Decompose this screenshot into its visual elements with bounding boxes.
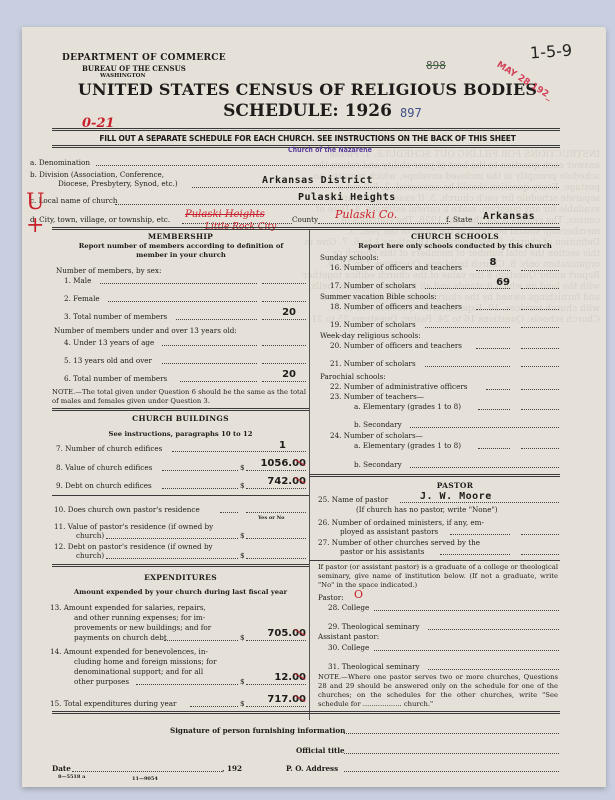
buildings-subheading: See instructions, paragraphs 10 to 12: [52, 430, 309, 439]
q25-value: J. W. Moore: [420, 491, 492, 502]
city-label: WASHINGTON: [100, 73, 145, 79]
q7-value: 1: [240, 440, 286, 451]
date-label: Date: [52, 764, 71, 773]
denomination-label: a. Denomination: [30, 158, 90, 167]
division-label-2: Diocese, Presbytery, Synod, etc.): [58, 179, 178, 188]
state-label: f. State: [446, 215, 472, 224]
pastor-red-mark: O: [354, 588, 363, 601]
q15-field[interactable]: [246, 706, 306, 707]
q21-field[interactable]: [425, 366, 510, 367]
q29-label: 29. Theological seminary: [328, 622, 420, 631]
q13-line-1: 13. Amount expended for salaries, repair…: [50, 603, 206, 612]
divider: [52, 711, 309, 714]
q24b-field[interactable]: [410, 467, 559, 468]
po-address-field[interactable]: [344, 771, 559, 772]
q20-field[interactable]: [476, 348, 510, 349]
struck-serial-number: 898: [426, 59, 446, 72]
expenditures-subheading: Amount expended by your church during la…: [52, 588, 309, 597]
blank-column: [521, 270, 559, 271]
q20-label: 20. Number of officers and teachers: [330, 341, 462, 350]
q26-field[interactable]: [521, 534, 559, 535]
divider: [52, 564, 309, 567]
weekday-schools-label: Week-day religious schools:: [320, 331, 421, 340]
leader-dots: [176, 319, 257, 320]
q16-value: 8: [476, 257, 510, 268]
divider: [52, 495, 309, 496]
q31-seminary-field[interactable]: [428, 669, 559, 670]
q18-label: 18. Number of officers and teachers: [330, 302, 462, 311]
q21-label: 21. Number of scholars: [330, 359, 416, 368]
county-value: Pulaski Co.: [335, 208, 397, 221]
leader-dots: [162, 488, 238, 489]
q13-line-2: and other running expenses; for im-: [74, 613, 205, 622]
blank-column: [521, 309, 559, 310]
stamped-serial-number: 897: [400, 106, 422, 120]
schools-subheading: Report here only schools conducted by th…: [310, 242, 600, 251]
q7-label: 7. Number of church edifices: [56, 444, 162, 453]
q23b-field[interactable]: [410, 427, 559, 428]
margin-red-mark: U: [26, 190, 45, 215]
blank-column: [521, 448, 559, 449]
q3-total-field[interactable]: [262, 319, 306, 320]
leader-dots: [450, 534, 510, 535]
q25-pastor-name-field[interactable]: [400, 502, 559, 503]
membership-note: NOTE.—The total given under Question 6 s…: [52, 388, 306, 406]
q8-label: 8. Value of church edifices: [56, 463, 152, 472]
q13-line-3: provements or new buildings; and for: [74, 623, 211, 632]
q9-currency: $: [240, 481, 245, 490]
q27-label-2: pastor or his assistants: [340, 547, 425, 556]
q4-label: 4. Under 13 years of age: [64, 338, 154, 347]
blank-column: [521, 389, 559, 390]
leader-dots: [106, 538, 238, 539]
assistant-pastor-subheading: Assistant pastor:: [318, 632, 379, 641]
q15-currency: $: [240, 699, 245, 708]
leader-dots: [106, 558, 238, 559]
q23b-label: b. Secondary: [354, 420, 402, 429]
pastor-heading: PASTOR: [310, 481, 600, 490]
q19-label: 19. Number of scholars: [330, 320, 416, 329]
official-title-field[interactable]: [344, 753, 559, 754]
blank-column: [521, 409, 559, 410]
q11-label-2: church): [76, 531, 104, 540]
q29-seminary-field[interactable]: [428, 629, 559, 630]
membership-subheading: Report number of members according to de…: [70, 242, 292, 260]
divider: [52, 408, 309, 411]
q10-field[interactable]: [246, 512, 306, 513]
q2-female-field[interactable]: [262, 301, 306, 302]
local-name-field[interactable]: [115, 204, 559, 205]
city-label: d. City, town, village, or township, etc…: [30, 215, 170, 224]
q14-line-4: other purposes: [74, 677, 129, 686]
expenditures-heading: EXPENDITURES: [52, 573, 309, 582]
division-field[interactable]: [192, 187, 559, 188]
q6-value: 20: [262, 369, 296, 380]
leader-dots: [180, 381, 257, 382]
date-year-prefix: , 192: [222, 764, 242, 773]
q24-label: 24. Number of scholars—: [330, 431, 423, 440]
q14-line-1: 14. Amount expended for benevolences, in…: [50, 647, 208, 656]
pastor-subheading: Pastor:: [318, 593, 344, 602]
q8-currency: $: [240, 463, 245, 472]
q24a-field[interactable]: [478, 448, 510, 449]
q17-field[interactable]: [425, 288, 510, 289]
q10-label: 10. Does church own pastor's residence: [54, 505, 200, 514]
divider: [52, 227, 560, 230]
q27-field[interactable]: [521, 554, 559, 555]
state-field[interactable]: [478, 223, 559, 224]
membership-heading: MEMBERSHIP: [52, 232, 309, 241]
blank-column: [521, 348, 559, 349]
q25-label: 25. Name of pastor: [318, 495, 388, 504]
q4-under13-field[interactable]: [262, 345, 306, 346]
q28-label: 28. College: [328, 603, 369, 612]
q30-college-field[interactable]: [374, 650, 559, 651]
leader-dots: [136, 684, 238, 685]
leader-dots: [220, 512, 238, 513]
buildings-heading: CHURCH BUILDINGS: [52, 414, 309, 423]
q12-currency: $: [240, 551, 245, 560]
q12-label-2: church): [76, 551, 104, 560]
blank-column: [521, 288, 559, 289]
denomination-field[interactable]: [96, 165, 559, 166]
leader-dots: [162, 470, 238, 471]
signature-label: Signature of person furnishing informati…: [170, 726, 345, 735]
q14-line-3: denominational support; and for all: [74, 667, 203, 676]
leader-dots: [162, 345, 257, 346]
q13-line-4: payments on church debt: [74, 633, 167, 642]
q23a-field[interactable]: [478, 409, 510, 410]
q15-label: 15. Total expenditures during year: [50, 699, 176, 708]
q2-label: 2. Female: [64, 294, 100, 303]
q24b-label: b. Secondary: [354, 460, 402, 469]
q28-college-field[interactable]: [374, 610, 559, 611]
divider: [309, 560, 560, 561]
print-code: 11—9054: [132, 776, 158, 782]
q25-hint: (If church has no pastor, write "None"): [356, 505, 498, 514]
q12-field[interactable]: [246, 558, 306, 559]
q13-field[interactable]: [246, 640, 306, 641]
q23a-label: a. Elementary (grades 1 to 8): [354, 402, 461, 411]
corner-handwritten-code: 1-5-9: [529, 41, 572, 63]
q31-label: 31. Theological seminary: [328, 662, 420, 671]
date-field[interactable]: [72, 771, 222, 772]
summer-schools-label: Summer vacation Bible schools:: [320, 292, 437, 301]
local-name-value: Pulaski Heights: [298, 192, 396, 203]
blank-column: [521, 327, 559, 328]
q11-field[interactable]: [246, 538, 306, 539]
q27-label-1: 27. Number of other churches served by t…: [318, 538, 480, 547]
county-label: County: [292, 215, 318, 224]
q11-currency: $: [240, 531, 245, 540]
q16-label: 16. Number of officers and teachers: [330, 263, 462, 272]
q9-label: 9. Debt on church edifices: [56, 481, 152, 490]
signature-field[interactable]: [344, 733, 559, 734]
q22-field[interactable]: [486, 389, 510, 390]
parochial-schools-label: Parochial schools:: [320, 372, 386, 381]
division-label-1: b. Division (Association, Conference,: [30, 170, 164, 179]
form-code: 8—5518 a: [58, 774, 85, 780]
q11-label-1: 11. Value of pastor's residence (if owne…: [54, 522, 213, 531]
q3-label: 3. Total number of members: [64, 312, 167, 321]
q10-hint: Yes or No: [258, 515, 285, 521]
blank-column: [521, 366, 559, 367]
q14-currency: $: [240, 677, 245, 686]
schools-heading: CHURCH SCHOOLS: [310, 232, 600, 241]
q6-label: 6. Total number of members: [64, 374, 167, 383]
leader-dots: [100, 283, 257, 284]
by-sex-label: Number of members, by sex:: [56, 266, 161, 275]
leader-dots: [164, 640, 238, 641]
denomination-stamp: Church of the Nazarene: [288, 146, 372, 154]
q6-total-field[interactable]: [262, 381, 306, 382]
q17-label: 17. Number of scholars: [330, 281, 416, 290]
county-field[interactable]: [318, 223, 448, 224]
city-value-struck: Pulaski Heights: [185, 209, 265, 220]
q22-label: 22. Number of administrative officers: [330, 382, 467, 391]
division-value: Arkansas District: [262, 175, 373, 186]
official-title-label: Official title: [296, 746, 345, 755]
instruction-bar: FILL OUT A SEPARATE SCHEDULE FOR EACH CH…: [0, 134, 615, 143]
leader-dots: [162, 363, 257, 364]
q16-field[interactable]: [476, 270, 510, 271]
by-age-label: Number of members under and over 13 year…: [54, 326, 237, 335]
q5-over13-field[interactable]: [262, 363, 306, 364]
q13-currency: $: [240, 633, 245, 642]
q14-line-2: cluding home and foreign missions; for: [74, 657, 217, 666]
q3-value: 20: [262, 307, 296, 318]
q30-label: 30. College: [328, 643, 369, 652]
q23-label: 23. Number of teachers—: [330, 392, 424, 401]
pastor-note: NOTE.—Where one pastor serves two or mor…: [318, 673, 558, 709]
leader-dots: [108, 301, 257, 302]
q26-label-2: ployed as assistant pastors: [340, 527, 438, 536]
q24a-label: a. Elementary (grades 1 to 8): [354, 441, 461, 450]
leader-dots: [190, 706, 238, 707]
sunday-schools-label: Sunday schools:: [320, 253, 379, 262]
divider: [52, 128, 560, 131]
divider: [309, 474, 560, 477]
po-address-label: P. O. Address: [286, 764, 338, 773]
margin-red-cross: +: [26, 213, 44, 238]
q8-field[interactable]: [246, 470, 306, 471]
divider: [309, 711, 560, 714]
q7-field[interactable]: [172, 451, 306, 452]
q1-male-field[interactable]: [262, 283, 306, 284]
q9-field[interactable]: [246, 488, 306, 489]
q18-field[interactable]: [476, 309, 510, 310]
q26-label-1: 26. Number of ordained ministers, if any…: [318, 518, 484, 527]
state-value: Arkansas: [483, 211, 535, 222]
leader-dots: [440, 554, 510, 555]
q12-label-1: 12. Debt on pastor's residence (if owned…: [54, 542, 213, 551]
q1-label: 1. Male: [64, 276, 91, 285]
department-label: DEPARTMENT OF COMMERCE: [62, 53, 226, 63]
q19-field[interactable]: [425, 327, 510, 328]
graduate-note: If pastor (or assistant pastor) is a gra…: [318, 563, 558, 590]
bureau-label: BUREAU OF THE CENSUS: [82, 64, 186, 73]
q14-field[interactable]: [246, 684, 306, 685]
q17-value: 69: [476, 277, 510, 288]
q5-label: 5. 13 years old and over: [64, 356, 152, 365]
